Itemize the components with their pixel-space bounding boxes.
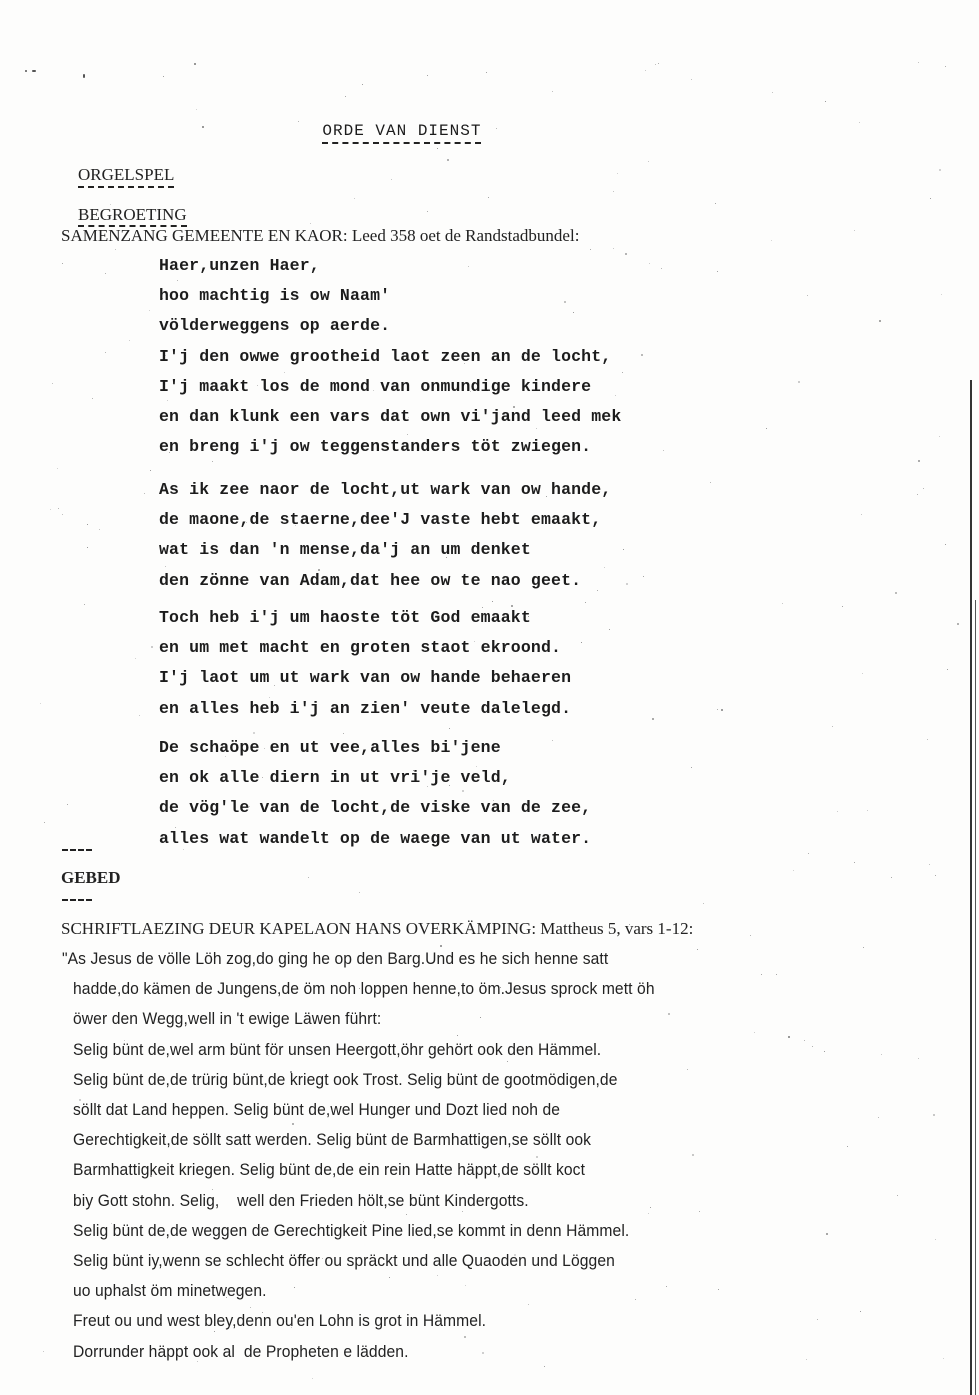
- scan-speck: [99, 529, 100, 530]
- scan-speck: [488, 197, 489, 198]
- scan-speck: [198, 1076, 199, 1077]
- scan-speck: [124, 1040, 125, 1041]
- scan-speck: [212, 461, 213, 462]
- scan-speck: [511, 605, 513, 607]
- scan-speck: [750, 935, 751, 936]
- scan-edge-line: [975, 600, 976, 1395]
- scan-speck: [635, 1299, 636, 1300]
- reading-line: Dorrunder häppt ook al de Propheten e lä…: [73, 1342, 409, 1362]
- scan-speck: [308, 877, 309, 878]
- scan-speck: [617, 173, 618, 174]
- section-samenzang-heading: SAMENZANG GEMEENTE EN KAOR: Leed 358 oet…: [61, 226, 579, 246]
- scan-speck: [269, 697, 270, 698]
- scan-speck: [798, 381, 800, 383]
- scan-speck: [482, 1142, 483, 1143]
- scan-speck: [663, 450, 664, 451]
- reading-line: Selig bünt de,wel arm bünt för unsen Hee…: [73, 1040, 601, 1060]
- scan-speck: [837, 811, 838, 812]
- scan-speck: [536, 1156, 538, 1158]
- song-line: de vög'le van de locht,de viske van de z…: [159, 798, 591, 818]
- scan-speck: [260, 1227, 261, 1228]
- reading-line: söllt dat Land heppen. Selig bünt de,wel…: [73, 1100, 560, 1120]
- scan-speck: [313, 331, 314, 332]
- scan-speck: [939, 169, 941, 171]
- scan-speck: [40, 703, 41, 704]
- scan-speck: [554, 808, 555, 809]
- scan-speck: [504, 646, 506, 648]
- scan-speck: [826, 1233, 828, 1235]
- scan-speck: [262, 1312, 263, 1313]
- reading-line: Barmhattigkeit kriegen. Selig bünt de,de…: [73, 1160, 585, 1180]
- scan-speck: [668, 1013, 670, 1015]
- scan-speck: [585, 602, 586, 603]
- scan-speck: [427, 211, 428, 212]
- scan-speck: [115, 249, 116, 250]
- scan-speck: [169, 452, 170, 453]
- song-line: Haer,unzen Haer,: [159, 256, 320, 276]
- scan-speck: [253, 732, 255, 734]
- scan-speck: [274, 685, 275, 686]
- scan-speck: [177, 280, 178, 281]
- scan-speck: [897, 1195, 898, 1196]
- scan-speck: [643, 576, 644, 577]
- scan-speck: [522, 355, 523, 356]
- scan-speck: [196, 109, 197, 110]
- scan-speck: [564, 301, 566, 303]
- scan-speck: [482, 607, 483, 608]
- scan-speck: [692, 1154, 694, 1156]
- scan-speck: [655, 64, 656, 65]
- scan-speck: [552, 740, 553, 741]
- scan-speck: [87, 524, 88, 525]
- scan-speck: [939, 436, 940, 437]
- scan-speck: [57, 468, 58, 469]
- scan-speck: [25, 70, 27, 72]
- scan-speck: [83, 74, 85, 78]
- scan-speck: [536, 1173, 537, 1174]
- scan-speck: [766, 428, 767, 429]
- scan-speck: [812, 1046, 813, 1047]
- scan-speck: [486, 72, 487, 73]
- scan-speck: [891, 877, 892, 878]
- scan-speck: [772, 92, 773, 93]
- scan-speck: [290, 1071, 292, 1073]
- scan-speck: [645, 70, 646, 71]
- scan-speck: [861, 514, 862, 515]
- scan-speck: [573, 312, 574, 313]
- scan-speck: [721, 709, 723, 711]
- page-title: ORDE VAN DIENST: [280, 104, 481, 158]
- scan-speck: [163, 1015, 164, 1016]
- reading-line: uo uphalst öm minetwegen.: [73, 1281, 267, 1301]
- scan-speck: [482, 1352, 484, 1354]
- scan-speck: [648, 161, 649, 162]
- scan-speck: [292, 1123, 294, 1125]
- scan-speck: [648, 1213, 649, 1214]
- scan-speck: [373, 390, 374, 391]
- scan-speck: [480, 926, 481, 927]
- scan-speck: [225, 756, 226, 757]
- reading-line: Selig bünt iy,wenn se schlecht öffer ou …: [73, 1251, 615, 1271]
- scan-speck: [212, 1189, 213, 1190]
- scan-speck: [691, 767, 692, 768]
- song-line: en dan klunk een vars dat own vi'jand le…: [159, 407, 621, 427]
- scan-speck: [582, 932, 583, 933]
- scan-speck: [150, 470, 151, 471]
- scan-speck: [194, 63, 196, 65]
- scan-speck: [514, 1254, 516, 1256]
- scan-speck: [710, 482, 711, 483]
- scan-speck: [105, 352, 106, 353]
- scan-speck: [165, 355, 166, 356]
- scan-speck: [264, 748, 265, 749]
- scan-speck: [67, 804, 68, 805]
- scan-speck: [945, 544, 946, 545]
- scan-speck: [658, 63, 659, 64]
- scan-speck: [87, 547, 88, 548]
- scan-speck: [832, 726, 833, 727]
- scan-speck: [149, 310, 150, 311]
- scan-speck: [92, 398, 93, 399]
- scan-speck: [507, 1061, 508, 1062]
- scan-speck: [492, 601, 493, 602]
- section-schriftlaezing-heading: SCHRIFTLAEZING DEUR KAPELAON HANS OVERKÄ…: [61, 919, 693, 939]
- page-title-text: ORDE VAN DIENST: [322, 122, 481, 144]
- scan-speck: [496, 128, 497, 129]
- scan-speck: [881, 1054, 882, 1055]
- scan-speck: [79, 1099, 81, 1101]
- scan-speck: [687, 1069, 688, 1070]
- song-line: en ok alle diern in ut vri'je veld,: [159, 768, 511, 788]
- scan-speck: [135, 658, 136, 659]
- song-line: en alles heb i'j an zien' veute dalelegd…: [159, 699, 571, 719]
- scan-speck: [328, 1138, 329, 1139]
- reading-line: Selig bünt de,de trürig bünt,de kriegt o…: [73, 1070, 618, 1090]
- scan-speck: [503, 236, 505, 238]
- scan-speck: [622, 372, 623, 373]
- scan-speck: [58, 508, 59, 509]
- scan-speck: [918, 1058, 919, 1059]
- separator-rule: [62, 899, 92, 901]
- scan-speck: [214, 1331, 215, 1332]
- scan-speck: [446, 557, 447, 558]
- scan-speck: [318, 569, 320, 571]
- scan-speck: [150, 1175, 152, 1177]
- scan-speck: [917, 494, 918, 495]
- scan-speck: [546, 496, 547, 497]
- scan-speck: [250, 1307, 251, 1308]
- song-line: hoo machtig is ow Naam': [159, 286, 390, 306]
- scan-speck: [666, 1286, 667, 1287]
- scan-speck: [867, 810, 868, 811]
- scan-speck: [210, 927, 211, 928]
- scan-speck: [854, 230, 855, 231]
- scan-speck: [793, 870, 794, 871]
- scan-speck: [165, 566, 166, 567]
- scan-speck: [162, 298, 163, 299]
- scan-speck: [825, 101, 826, 102]
- scan-speck: [842, 606, 843, 607]
- scan-speck: [771, 240, 772, 241]
- scan-speck: [609, 629, 610, 630]
- scan-speck: [806, 1359, 807, 1360]
- scan-speck: [447, 159, 449, 161]
- scan-speck: [626, 583, 628, 585]
- scan-speck: [859, 122, 860, 123]
- scan-speck: [286, 1322, 287, 1323]
- reading-line: Gerechtigkeit,de söllt satt werden. Seli…: [73, 1130, 591, 1150]
- scan-speck: [449, 728, 450, 729]
- scan-speck: [389, 1277, 390, 1278]
- scan-speck: [941, 294, 942, 295]
- scan-speck: [847, 1146, 848, 1147]
- scan-speck: [32, 70, 36, 72]
- scan-speck: [406, 1214, 407, 1215]
- song-line: De schaöpe en ut vee,alles bi'jene: [159, 738, 501, 758]
- scan-speck: [295, 525, 296, 526]
- scan-speck: [408, 417, 409, 418]
- scan-speck: [465, 1285, 466, 1286]
- scan-speck: [50, 509, 51, 510]
- scan-speck: [437, 148, 438, 149]
- scan-speck: [804, 1040, 805, 1041]
- scan-speck: [470, 391, 471, 392]
- scan-speck: [310, 223, 311, 224]
- scan-speck: [807, 295, 808, 296]
- song-line: I'j den owwe grootheid laot zeen an de l…: [159, 347, 611, 367]
- scan-speck: [167, 400, 168, 401]
- scan-edge-line: [970, 380, 972, 1395]
- scan-speck: [641, 354, 643, 356]
- scan-speck: [572, 1052, 574, 1054]
- scan-speck: [918, 62, 919, 63]
- song-line: wat is dan 'n mense,da'j an um denket: [159, 540, 531, 560]
- scan-speck: [110, 204, 111, 205]
- scan-speck: [163, 76, 164, 77]
- scan-speck: [943, 1358, 944, 1359]
- scan-speck: [493, 800, 494, 801]
- scan-speck: [343, 733, 344, 734]
- scan-speck: [528, 616, 529, 617]
- scan-speck: [457, 1035, 458, 1036]
- scan-speck: [860, 1311, 861, 1312]
- scan-speck: [559, 449, 561, 451]
- scan-speck: [500, 987, 501, 988]
- song-line: alles wat wandelt op de waege van ut wat…: [159, 829, 591, 849]
- scan-speck: [699, 1211, 700, 1212]
- scan-speck: [878, 1117, 879, 1118]
- song-line: völderweggens op aerde.: [159, 316, 390, 336]
- scan-speck: [105, 273, 106, 274]
- reading-line: hadde,do kämen de Jungens,de öm noh lopp…: [73, 979, 655, 999]
- scan-speck: [947, 669, 948, 670]
- scan-speck: [927, 739, 928, 740]
- scan-speck: [246, 522, 247, 523]
- scan-speck: [649, 263, 650, 264]
- scan-speck: [464, 363, 465, 364]
- scan-speck: [391, 179, 392, 180]
- scan-speck: [414, 354, 415, 355]
- scan-speck: [788, 1036, 790, 1038]
- scan-speck: [691, 79, 692, 80]
- scan-speck: [776, 974, 777, 975]
- scan-speck: [292, 298, 294, 300]
- scan-speck: [129, 340, 130, 341]
- scan-speck: [202, 126, 204, 128]
- scan-speck: [474, 641, 475, 642]
- song-line: I'j laot um ut wark van ow hande behaere…: [159, 668, 571, 688]
- scan-speck: [488, 390, 489, 391]
- scan-speck: [43, 1351, 44, 1352]
- scan-speck: [407, 434, 408, 435]
- song-line: en um met macht en groten staot ekroond.: [159, 638, 561, 658]
- scan-speck: [918, 460, 920, 462]
- scan-speck: [449, 785, 450, 786]
- scan-speck: [144, 493, 145, 494]
- scan-speck: [652, 718, 654, 720]
- scan-speck: [354, 198, 355, 199]
- scan-speck: [703, 903, 704, 904]
- scan-speck: [291, 1327, 292, 1328]
- scan-speck: [183, 849, 184, 850]
- scan-speck: [312, 1378, 313, 1379]
- scan-speck: [294, 1287, 295, 1288]
- scan-speck: [761, 974, 762, 975]
- scan-speck: [262, 777, 263, 778]
- scan-speck: [197, 1110, 198, 1111]
- scan-speck: [155, 1107, 157, 1109]
- scan-speck: [945, 66, 946, 67]
- scan-speck: [597, 590, 598, 591]
- scan-speck: [552, 91, 553, 92]
- scan-speck: [436, 985, 437, 986]
- scan-speck: [717, 271, 718, 272]
- scan-speck: [754, 1032, 755, 1033]
- scan-speck: [151, 646, 153, 648]
- scan-speck: [462, 1211, 463, 1212]
- scan-speck: [427, 75, 428, 76]
- scan-speck: [413, 770, 414, 771]
- scan-speck: [268, 1055, 269, 1056]
- section-gebed: GEBED: [61, 868, 121, 888]
- reading-line: "As Jesus de völle Löh zog,do ging he op…: [62, 949, 608, 969]
- song-line: den zönne van Adam,dat hee ow te nao gee…: [159, 571, 581, 591]
- song-line: de maone,de staerne,dee'J vaste hebt ema…: [159, 510, 601, 530]
- scan-speck: [359, 988, 360, 989]
- scan-speck: [249, 806, 250, 807]
- scan-speck: [476, 766, 477, 767]
- scan-speck: [590, 249, 591, 250]
- scan-speck: [863, 947, 864, 948]
- scan-speck: [650, 1207, 651, 1208]
- scan-speck: [440, 945, 442, 947]
- scan-speck: [365, 522, 366, 523]
- scan-speck: [445, 1166, 446, 1167]
- scan-speck: [111, 1223, 112, 1224]
- scan-speck: [604, 567, 605, 568]
- scan-speck: [697, 949, 698, 950]
- scan-speck: [44, 822, 45, 823]
- scan-speck: [437, 1275, 438, 1276]
- scan-speck: [362, 84, 363, 85]
- scan-speck: [226, 1297, 227, 1298]
- scan-speck: [84, 604, 85, 605]
- scan-speck: [298, 121, 299, 122]
- scan-speck: [62, 514, 63, 515]
- scan-speck: [923, 488, 924, 489]
- scan-speck: [345, 96, 346, 97]
- scan-speck: [425, 775, 426, 776]
- scan-speck: [718, 1289, 719, 1290]
- scan-speck: [854, 862, 855, 863]
- scan-speck: [715, 203, 716, 204]
- scan-speck: [935, 875, 936, 876]
- scan-speck: [239, 579, 240, 580]
- scan-speck: [528, 1304, 529, 1305]
- scan-speck: [581, 642, 582, 643]
- scan-speck: [359, 892, 360, 893]
- scan-speck: [895, 592, 897, 594]
- scan-speck: [399, 389, 400, 390]
- reading-line: öwer den Wegg,well in 't ewige Läwen füh…: [73, 1009, 381, 1029]
- scan-speck: [62, 263, 63, 264]
- scan-speck: [879, 320, 881, 322]
- section-begroeting-label: BEGROETING: [78, 205, 187, 227]
- scan-speck: [295, 832, 296, 833]
- scan-speck: [175, 827, 176, 828]
- scan-speck: [590, 994, 591, 995]
- song-line: en breng i'j ow teggenstanders töt zwieg…: [159, 437, 591, 457]
- scan-speck: [52, 383, 53, 384]
- scan-speck: [933, 1114, 935, 1116]
- scan-speck: [629, 924, 630, 925]
- scan-speck: [536, 428, 537, 429]
- scan-speck: [862, 673, 863, 674]
- scan-speck: [322, 1258, 323, 1259]
- scan-speck: [613, 191, 614, 192]
- song-line: As ik zee naor de locht,ut wark van ow h…: [159, 480, 611, 500]
- scan-speck: [427, 786, 428, 787]
- scan-speck: [957, 623, 959, 625]
- song-line: Toch heb i'j um haoste töt God emaakt: [159, 608, 531, 628]
- reading-line: Freut ou und west bley,denn ou'en Lohn i…: [73, 1311, 486, 1331]
- scan-speck: [139, 715, 140, 716]
- scan-speck: [625, 253, 627, 255]
- scan-speck: [363, 1221, 364, 1222]
- scan-speck: [456, 1200, 457, 1201]
- scan-speck: [615, 395, 616, 396]
- scan-speck: [824, 1051, 825, 1052]
- scan-speck: [782, 603, 783, 604]
- scan-speck: [613, 248, 614, 249]
- scan-speck: [717, 709, 718, 710]
- scan-speck: [661, 268, 662, 269]
- scan-speck: [930, 198, 931, 199]
- scan-speck: [817, 1319, 818, 1320]
- scan-speck: [157, 1021, 159, 1023]
- scan-speck: [462, 790, 464, 792]
- scan-speck: [623, 549, 624, 550]
- separator-rule: [62, 849, 92, 851]
- scan-speck: [480, 1017, 481, 1018]
- scan-speck: [284, 372, 285, 373]
- reading-line: biy Gott stohn. Selig, well den Frieden …: [73, 1191, 529, 1211]
- scan-speck: [468, 266, 469, 267]
- reading-line: Selig bünt de,de weggen de Gerechtigkeit…: [73, 1221, 629, 1241]
- song-line: I'j maakt los de mond van onmundige kind…: [159, 377, 591, 397]
- scan-speck: [197, 1361, 198, 1362]
- scan-speck: [808, 853, 809, 854]
